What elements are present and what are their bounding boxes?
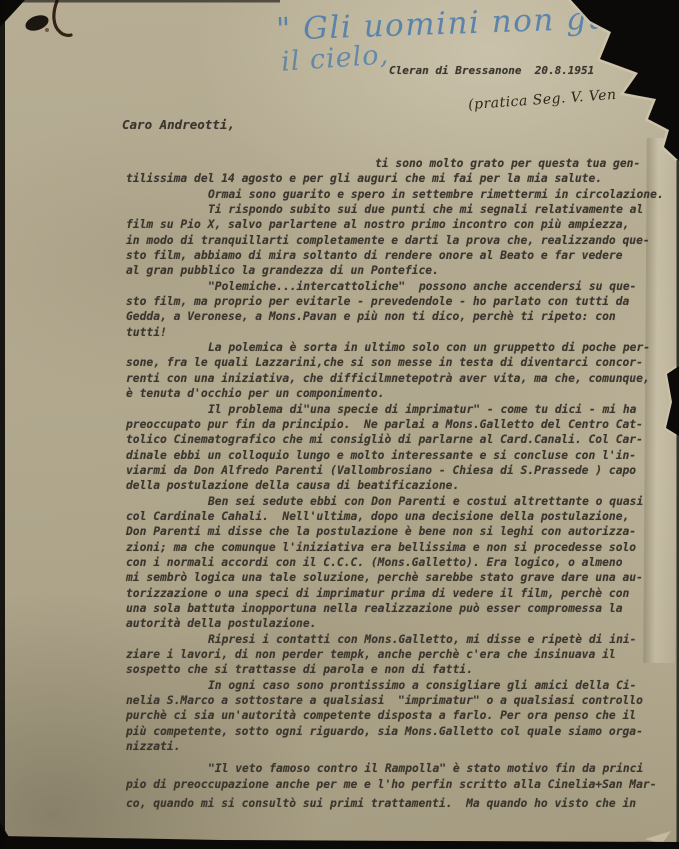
letter-line: dinale ebbi un colloquio lungo e molto i… xyxy=(126,448,664,463)
letter-body: ti sono molto grato per questa tua gen- … xyxy=(126,156,664,811)
letter-line: sone, fra le quali Lazzarini,che si son … xyxy=(126,355,664,370)
letter-line: "Polemiche...intercattoliche" possono an… xyxy=(126,279,664,294)
letter-line: film su Pio X, salvo parlartene al nostr… xyxy=(126,217,664,232)
letter-line: sto film, abbiamo di mira soltanto di re… xyxy=(126,248,664,263)
letter-line: Ormai sono guarito e spero in settembre … xyxy=(126,187,664,202)
letter-line: preoccupato pur fin da principio. Ne par… xyxy=(126,417,664,432)
letter-line: sto film, ma proprio per evitarle - prev… xyxy=(126,294,664,309)
letter-line: Gedda, a Veronese, a Mons.Pavan e più no… xyxy=(126,309,664,324)
letter-line: Ben sei sedute ebbi con Don Parenti e co… xyxy=(126,494,664,509)
letter-line: col Cardinale Cahali. Nell'ultima, dopo … xyxy=(126,509,664,524)
letter-line: sospetto che si trattasse di parola e no… xyxy=(126,662,664,677)
scanned-letter-page: " Gli uomini non gu il cielo, Cleran di … xyxy=(0,0,679,849)
letter-line: La polemica è sorta in ultimo solo con u… xyxy=(126,340,664,355)
letter-line: ti sono molto grato per questa tua gen- xyxy=(126,156,664,171)
letter-line: co, quando mi si consultò sui primi trat… xyxy=(126,796,664,811)
letter-line: nelia S.Marco a sottostare a qualsiasi "… xyxy=(126,693,664,708)
letter-line: "Il veto famoso contro il Rampolla" è st… xyxy=(126,761,664,776)
letter-line: mi sembrò logica una tale soluzione, per… xyxy=(126,570,664,585)
letter-line: zioni; ma che comunque l'iniziativa era … xyxy=(126,540,664,555)
letter-line: pio di preoccupazione anche per me e l'h… xyxy=(126,777,664,792)
letter-line: tutti! xyxy=(126,325,664,340)
letter-line: Il problema di"una specie di imprimatur"… xyxy=(126,402,664,417)
letter-line: autorità della postulazione. xyxy=(126,616,664,631)
letter-line: renti con una iniziativa, che difficilmn… xyxy=(126,371,664,386)
dateline: Cleran di Bressanone 20.8.1951 xyxy=(389,64,594,77)
letter-line: una sola battuta inopportuna nella reali… xyxy=(126,601,664,616)
letter-line: tilissima del 14 agosto e per gli auguri… xyxy=(126,171,664,186)
letter-line: nizzati. xyxy=(126,739,664,754)
letter-line: torizzazione o una speci di imprimatur p… xyxy=(126,586,664,601)
letter-line: è tenuta d'occhio per un componimento. xyxy=(126,386,664,401)
letter-line: Ripresi i contatti con Mons.Galletto, mi… xyxy=(126,632,664,647)
letter-line: in modo di tranquillarti completamente e… xyxy=(126,233,664,248)
letter-line: della postulazione della causa di beatif… xyxy=(126,478,664,493)
letter-line: Ti rispondo subito sui due punti che mi … xyxy=(126,202,664,217)
letter-line: purchè ci sia un'autorità competente dis… xyxy=(126,708,664,723)
letter-line: con i normali accordi con il C.C.C. (Mon… xyxy=(126,555,664,570)
letter-line: al gran pubblico la grandezza di un Pont… xyxy=(126,263,664,278)
letter-line: Don Parenti mi disse che la postulazione… xyxy=(126,524,664,539)
letter-line: In ogni caso sono prontissimo a consigli… xyxy=(126,678,664,693)
letter-line: più competente, sotto ogni riguardo, sia… xyxy=(126,724,664,739)
salutation: Caro Andreotti, xyxy=(122,117,235,132)
letter-line: ziare i lavori, di non perder tempk, anc… xyxy=(126,647,664,662)
letter-line: viarmi da Don Alfredo Parenti (Vallombro… xyxy=(126,463,664,478)
letter-line: tolico Cinematografico che mi consigliò … xyxy=(126,432,664,447)
